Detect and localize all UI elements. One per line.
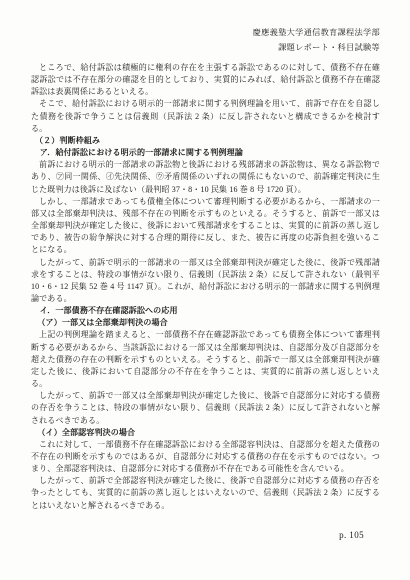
document-page: 慶應義塾大学通信教育課程法学部 課題レポート・科目試験等 ところで、給付訴訟は積… xyxy=(0,0,410,580)
subsubsection-heading: （イ）全部認容判決の場合 xyxy=(31,427,380,439)
body-paragraph: 上記の判例理論を踏まえると、一部債務不存在確認訴訟であっても債務全体について審理… xyxy=(31,329,380,390)
body-paragraph: これに対して、一部債務不存在確認訴訟における全部認容判決は、自認部分を超えた債務… xyxy=(31,439,380,475)
subsubsection-heading: （ア）一部又は全部棄却判決の場合 xyxy=(31,317,380,329)
body-paragraph: したがって、前訴で明示的一部請求の一部又は全部棄却判決が確定した後に、後訴で残部… xyxy=(31,257,380,306)
document-header: 慶應義塾大学通信教育課程法学部 課題レポート・科目試験等 xyxy=(253,26,380,55)
body-paragraph: したがって、前訴で一部又は全部棄却判決が確定した後に、後訴で自認部分に対応する債… xyxy=(31,390,380,426)
header-document-type: 課題レポート・科目試験等 xyxy=(253,41,380,56)
header-institution: 慶應義塾大学通信教育課程法学部 xyxy=(253,26,380,41)
subsection-heading: ア．給付訴訟における明示的一部請求に関する判例理論 xyxy=(31,147,380,159)
section-heading: （２）判断枠組み xyxy=(31,135,380,147)
body-paragraph: しかし、一部請求であっても債権全体について審理判断する必要があるから、一部請求の… xyxy=(31,196,380,257)
body-paragraph: したがって、前訴で全部認容判決が確定した後に、後訴で自認部分に対応する債務の存否… xyxy=(31,475,380,511)
body-paragraph: ところで、給付訴訟は積極的に権利の存在を主張する訴訟であるのに対して、債務不存在… xyxy=(31,62,380,98)
body-paragraph: 前訴における明示的一部請求の訴訟物と後訴における残部請求の訴訟物は、異なる訴訟物… xyxy=(31,159,380,195)
body-paragraph: そこで、給付訴訟における明示的一部請求に関する判例理論を用いて、前訴で存在を自認… xyxy=(31,98,380,134)
page-number: p. 105 xyxy=(339,530,364,540)
document-body: ところで、給付訴訟は積極的に権利の存在を主張する訴訟であるのに対して、債務不存在… xyxy=(31,62,380,512)
subsection-heading: イ．一部債務不存在確認訴訟への応用 xyxy=(31,305,380,317)
